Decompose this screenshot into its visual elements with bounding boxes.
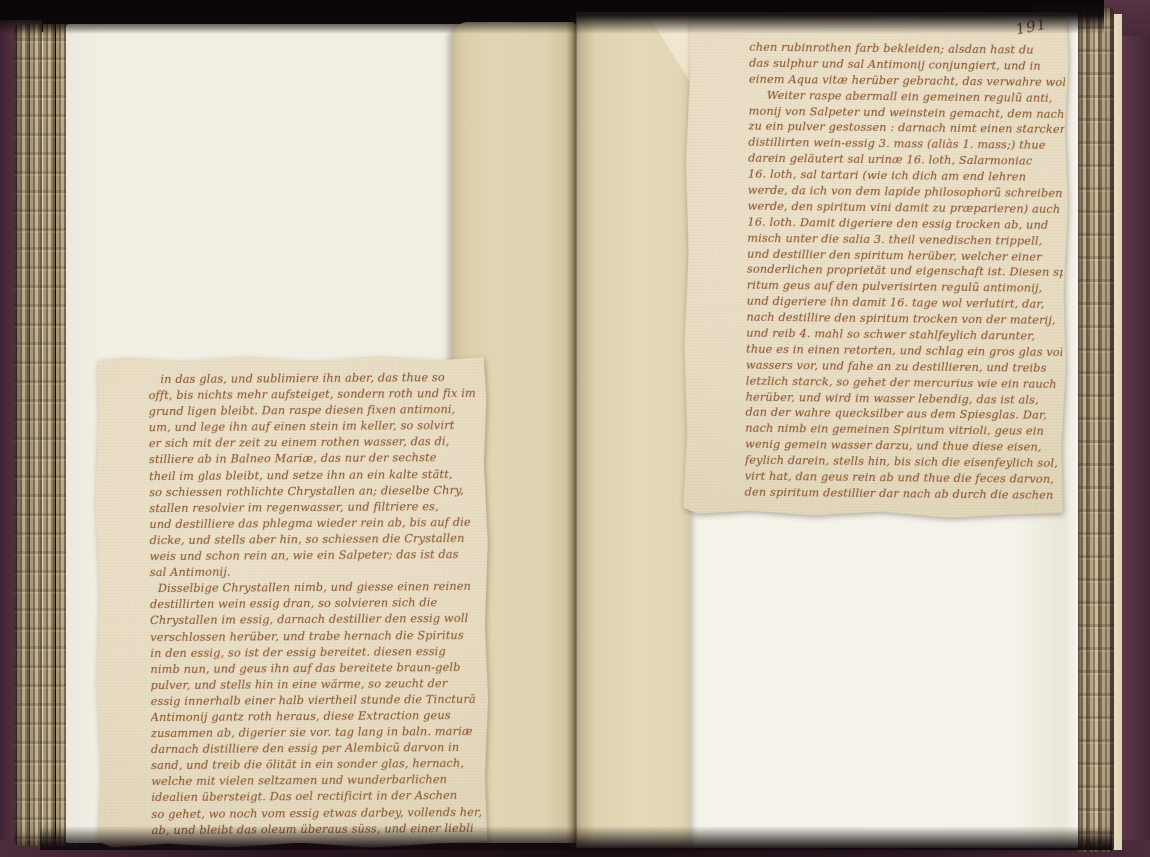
pasted-sheet-right: 191 chen rubinrothen farb bekleiden; als…: [682, 12, 1069, 519]
manuscript-line: stilliere ab in Balneo Mariæ, das nur de…: [149, 450, 483, 468]
book-cover-right-edge: [1118, 0, 1150, 857]
bottom-shadow-vignette: [40, 826, 1112, 850]
interleaf-sheet-right: [576, 15, 690, 846]
pasted-sheet-left-paper: in das glas, und sublimiere ihn aber, da…: [95, 355, 489, 849]
pasted-sheet-left: in das glas, und sublimiere ihn aber, da…: [95, 355, 489, 849]
manuscript-line: verschlossen herüber, und trabe hernach …: [150, 627, 484, 645]
manuscript-line: in den essig, so ist der essig bereitet.…: [150, 643, 484, 661]
book-photograph: in das glas, und sublimiere ihn aber, da…: [0, 0, 1150, 857]
manuscript-line: weis und schon rein an, wie ein Salpeter…: [150, 547, 484, 565]
manuscript-line: den spiritum destillier dar nach ab durc…: [745, 485, 1061, 504]
fore-edge-stack-right: [1076, 8, 1114, 852]
gutter-shadow: [566, 14, 584, 847]
manuscript-line: so schiessen rothlichte Chrystallen an; …: [149, 482, 483, 500]
manuscript-line: so gehet, wo noch vom essig etwas darbey…: [151, 804, 485, 822]
manuscript-line: idealien übersteigt. Das oel rectificirt…: [151, 788, 485, 806]
top-shadow-vignette: [0, 0, 1104, 34]
pasted-sheet-right-paper: 191 chen rubinrothen farb bekleiden; als…: [682, 12, 1069, 519]
manuscript-text-right: chen rubinrothen farb bekleiden; alsdan …: [745, 40, 1066, 504]
manuscript-line: theil im glas bleibt, und setze ihn an e…: [149, 466, 483, 484]
manuscript-line: Chrystallen im essig, darnach destillier…: [150, 611, 484, 629]
manuscript-text-left: in das glas, und sublimiere ihn aber, da…: [148, 370, 485, 839]
